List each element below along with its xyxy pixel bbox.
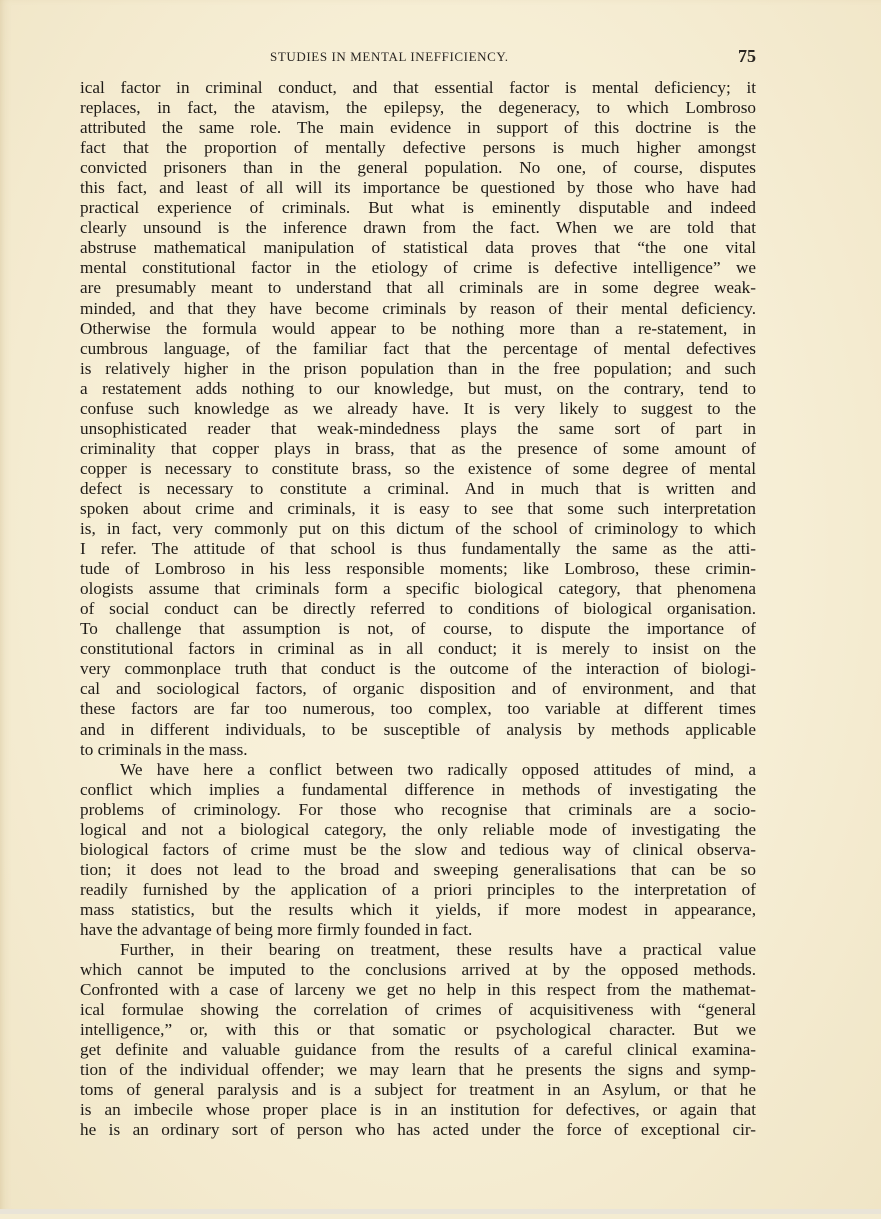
text-line: replaces, in fact, the atavism, the epil…	[80, 98, 756, 118]
body-text: ical factor in criminal conduct, and tha…	[80, 78, 756, 1140]
text-line: criminality that copper plays in brass, …	[80, 439, 756, 459]
text-line: conflict which implies a fundamental dif…	[80, 780, 756, 800]
text-line: copper is necessary to constitute brass,…	[80, 459, 756, 479]
paragraph: Further, in their bearing on treatment, …	[80, 940, 756, 1140]
text-line: tion of the individual offender; we may …	[80, 1060, 756, 1080]
text-line: to criminals in the mass.	[80, 740, 756, 760]
text-line: and in different individuals, to be susc…	[80, 720, 756, 740]
text-line: To challenge that assumption is not, of …	[80, 619, 756, 639]
text-line: abstruse mathematical manipulation of st…	[80, 238, 756, 258]
text-line: tude of Lombroso in his less responsible…	[80, 559, 756, 579]
text-line: is an imbecile whose proper place is in …	[80, 1100, 756, 1120]
paragraph: We have here a conflict between two radi…	[80, 760, 756, 940]
text-line: which cannot be imputed to the conclusio…	[80, 960, 756, 980]
text-line: unsophisticated reader that weak-mindedn…	[80, 419, 756, 439]
text-line: very commonplace truth that conduct is t…	[80, 659, 756, 679]
text-line: We have here a conflict between two radi…	[80, 760, 756, 780]
text-line: are presumably meant to understand that …	[80, 278, 756, 298]
text-line: a restatement adds nothing to our knowle…	[80, 379, 756, 399]
text-line: practical experience of criminals. But w…	[80, 198, 756, 218]
text-line: spoken about crime and criminals, it is …	[80, 499, 756, 519]
running-title: STUDIES IN MENTAL INEFFICIENCY.	[270, 49, 509, 65]
text-line: I refer. The attitude of that school is …	[80, 539, 756, 559]
text-line: confuse such knowledge as we already hav…	[80, 399, 756, 419]
text-line: fact that the proportion of mentally def…	[80, 138, 756, 158]
text-line: tion; it does not lead to the broad and …	[80, 860, 756, 880]
text-line: problems of criminology. For those who r…	[80, 800, 756, 820]
scan-edge	[0, 1209, 881, 1214]
text-line: Further, in their bearing on treatment, …	[80, 940, 756, 960]
text-line: constitutional factors in criminal as in…	[80, 639, 756, 659]
text-line: defect is necessary to constitute a crim…	[80, 479, 756, 499]
text-line: mental constitutional factor in the etio…	[80, 258, 756, 278]
text-line: minded, and that they have become crimin…	[80, 299, 756, 319]
text-line: intelligence,” or, with this or that som…	[80, 1020, 756, 1040]
text-line: get definite and valuable guidance from …	[80, 1040, 756, 1060]
text-line: cal and sociological factors, of organic…	[80, 679, 756, 699]
text-line: ologists assume that criminals form a sp…	[80, 579, 756, 599]
text-line: have the advantage of being more firmly …	[80, 920, 756, 940]
text-line: logical and not a biological category, t…	[80, 820, 756, 840]
text-line: convicted prisoners than in the general …	[80, 158, 756, 178]
book-page: STUDIES IN MENTAL INEFFICIENCY. 75 ical …	[0, 0, 881, 1214]
text-line: mass statistics, but the results which i…	[80, 900, 756, 920]
text-line: clearly unsound is the inference drawn f…	[80, 218, 756, 238]
text-line: readily furnished by the application of …	[80, 880, 756, 900]
text-line: these factors are far too numerous, too …	[80, 699, 756, 719]
text-line: attributed the same role. The main evide…	[80, 118, 756, 138]
running-head: STUDIES IN MENTAL INEFFICIENCY. 75	[270, 49, 756, 69]
text-line: this fact, and least of all will its imp…	[80, 178, 756, 198]
text-line: toms of general paralysis and is a subje…	[80, 1080, 756, 1100]
text-line: cumbrous language, of the familiar fact …	[80, 339, 756, 359]
text-line: ical factor in criminal conduct, and tha…	[80, 78, 756, 98]
text-line: Confronted with a case of larceny we get…	[80, 980, 756, 1000]
text-line: he is an ordinary sort of person who has…	[80, 1120, 756, 1140]
paragraph: ical factor in criminal conduct, and tha…	[80, 78, 756, 760]
text-line: of social conduct can be directly referr…	[80, 599, 756, 619]
text-line: ical formulae showing the correlation of…	[80, 1000, 756, 1020]
page-number: 75	[738, 46, 756, 67]
text-line: is relatively higher in the prison popul…	[80, 359, 756, 379]
text-line: biological factors of crime must be the …	[80, 840, 756, 860]
text-line: Otherwise the formula would appear to be…	[80, 319, 756, 339]
text-line: is, in fact, very commonly put on this d…	[80, 519, 756, 539]
